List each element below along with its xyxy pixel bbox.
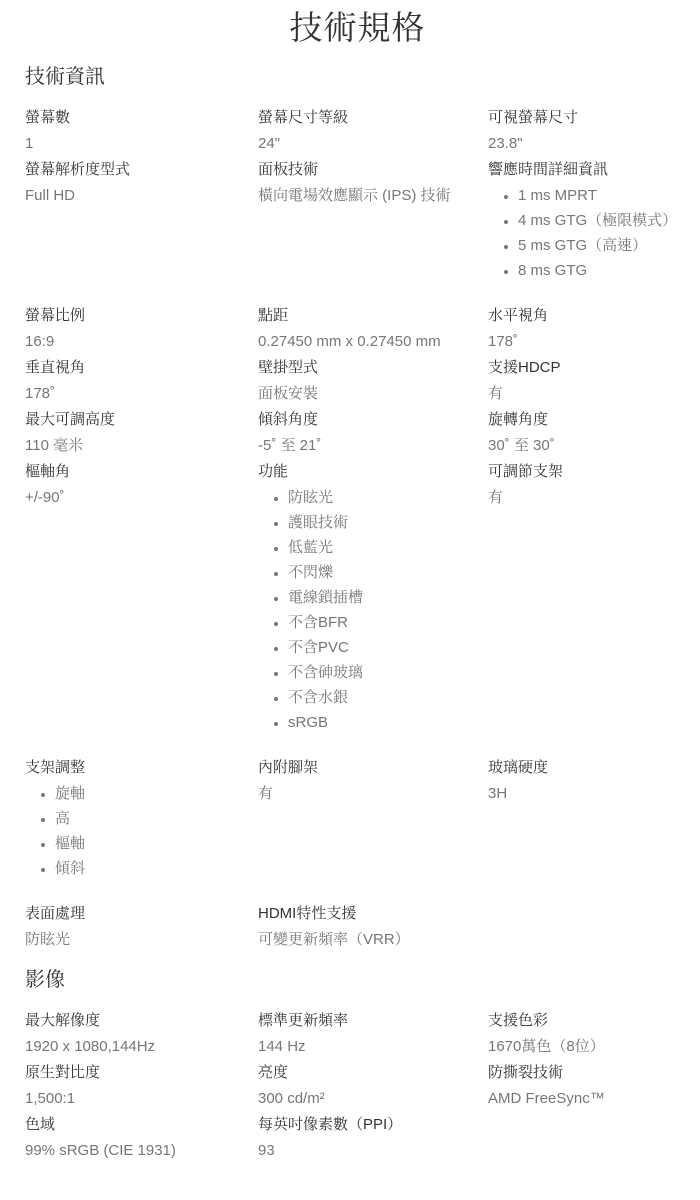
spec-label: 螢幕解析度型式 <box>25 157 244 183</box>
spec-cell: 支架調整旋軸高樞軸傾斜 <box>25 755 258 901</box>
spec-cell: 最大可調高度110 毫米 <box>25 407 258 459</box>
spec-bullet-item: 高 <box>55 806 244 831</box>
spec-value: 可變更新頻率（VRR） <box>258 927 474 953</box>
section-heading: 技術資訊 <box>25 63 690 91</box>
spec-cell: 支援色彩1670萬色（8位） <box>488 1008 690 1060</box>
spec-label: 點距 <box>258 303 474 329</box>
spec-cell: 亮度300 cd/m² <box>258 1060 488 1112</box>
spec-label: 亮度 <box>258 1060 474 1086</box>
spec-label: 響應時間詳細資訊 <box>488 157 690 183</box>
spec-label: 螢幕尺寸等級 <box>258 105 474 131</box>
spec-value: 1 <box>25 131 244 157</box>
spec-value: 3H <box>488 781 690 807</box>
spec-bullet-item: 傾斜 <box>55 856 244 881</box>
spec-bullet-list: 防眩光護眼技術低藍光不閃爍電線鎖插槽不含BFR不含PVC不含砷玻璃不含水銀sRG… <box>258 485 474 735</box>
spec-value: 30˚ 至 30˚ <box>488 433 690 459</box>
spec-label: 功能 <box>258 459 474 485</box>
spec-page: 技術規格 技術資訊螢幕數1螢幕尺寸等級24"可視螢幕尺寸23.8"螢幕解析度型式… <box>0 0 700 1194</box>
spec-cell: 可視螢幕尺寸23.8" <box>488 105 690 157</box>
spec-row: 最大解像度1920 x 1080,144Hz標準更新頻率144 Hz支援色彩16… <box>25 1008 690 1060</box>
spec-cell: 色域99% sRGB (CIE 1931) <box>25 1112 258 1164</box>
spec-cell: 功能防眩光護眼技術低藍光不閃爍電線鎖插槽不含BFR不含PVC不含砷玻璃不含水銀s… <box>258 459 488 755</box>
spec-cell: 螢幕比例16:9 <box>25 303 258 355</box>
spec-value: 16:9 <box>25 329 244 355</box>
spec-label: 最大可調高度 <box>25 407 244 433</box>
spec-cell: 每英吋像素數（PPI）93 <box>258 1112 488 1164</box>
spec-value: 有 <box>258 781 474 807</box>
spec-row: 原生對比度1,500:1亮度300 cd/m²防撕裂技術AMD FreeSync… <box>25 1060 690 1112</box>
spec-sections: 技術資訊螢幕數1螢幕尺寸等級24"可視螢幕尺寸23.8"螢幕解析度型式Full … <box>25 63 690 1164</box>
spec-cell: 響應時間詳細資訊1 ms MPRT4 ms GTG（極限模式）5 ms GTG（… <box>488 157 690 303</box>
spec-row: 垂直視角178˚壁掛型式面板安裝支援HDCP有 <box>25 355 690 407</box>
spec-bullet-item: 不含砷玻璃 <box>288 660 474 685</box>
spec-label: 旋轉角度 <box>488 407 690 433</box>
spec-bullet-item: 5 ms GTG（高速） <box>518 233 690 258</box>
spec-row: 支架調整旋軸高樞軸傾斜內附腳架有玻璃硬度3H <box>25 755 690 901</box>
spec-bullet-item: 不含PVC <box>288 635 474 660</box>
spec-cell: 玻璃硬度3H <box>488 755 690 807</box>
spec-cell: 內附腳架有 <box>258 755 488 807</box>
spec-label: 水平視角 <box>488 303 690 329</box>
spec-value: 防眩光 <box>25 927 244 953</box>
spec-row: 螢幕比例16:9點距0.27450 mm x 0.27450 mm水平視角178… <box>25 303 690 355</box>
spec-bullet-item: 旋軸 <box>55 781 244 806</box>
spec-value: 144 Hz <box>258 1034 474 1060</box>
spec-cell: 支援HDCP有 <box>488 355 690 407</box>
spec-value: 有 <box>488 381 690 407</box>
spec-label: 最大解像度 <box>25 1008 244 1034</box>
spec-label: 樞軸角 <box>25 459 244 485</box>
section-heading: 影像 <box>25 966 690 994</box>
page-title: 技術規格 <box>25 6 690 50</box>
spec-value: 99% sRGB (CIE 1931) <box>25 1138 244 1164</box>
spec-cell: 可調節支架有 <box>488 459 690 511</box>
spec-value: 24" <box>258 131 474 157</box>
spec-value: 1670萬色（8位） <box>488 1034 690 1060</box>
spec-bullet-item: 護眼技術 <box>288 510 474 535</box>
spec-label: 色域 <box>25 1112 244 1138</box>
spec-row: 色域99% sRGB (CIE 1931)每英吋像素數（PPI）93 <box>25 1112 690 1164</box>
spec-label: 原生對比度 <box>25 1060 244 1086</box>
spec-cell: 垂直視角178˚ <box>25 355 258 407</box>
spec-row: 表面處理防眩光HDMI特性支援可變更新頻率（VRR） <box>25 901 690 953</box>
spec-cell: 原生對比度1,500:1 <box>25 1060 258 1112</box>
spec-value: 面板安裝 <box>258 381 474 407</box>
spec-label: 螢幕比例 <box>25 303 244 329</box>
spec-value: 有 <box>488 485 690 511</box>
spec-bullet-item: 不含BFR <box>288 610 474 635</box>
spec-label: 支架調整 <box>25 755 244 781</box>
spec-cell: 樞軸角+/-90˚ <box>25 459 258 511</box>
spec-label: 可視螢幕尺寸 <box>488 105 690 131</box>
spec-bullet-item: 不含水銀 <box>288 685 474 710</box>
spec-value: 1,500:1 <box>25 1086 244 1112</box>
spec-value: 93 <box>258 1138 474 1164</box>
spec-cell: 螢幕尺寸等級24" <box>258 105 488 157</box>
spec-cell: 防撕裂技術AMD FreeSync™ <box>488 1060 690 1112</box>
spec-cell: HDMI特性支援可變更新頻率（VRR） <box>258 901 488 953</box>
spec-value: Full HD <box>25 183 244 209</box>
spec-label: 面板技術 <box>258 157 474 183</box>
spec-row: 最大可調高度110 毫米傾斜角度-5˚ 至 21˚旋轉角度30˚ 至 30˚ <box>25 407 690 459</box>
spec-value: 橫向電場效應顯示 (IPS) 技術 <box>258 183 474 209</box>
spec-bullet-item: 防眩光 <box>288 485 474 510</box>
spec-cell: 最大解像度1920 x 1080,144Hz <box>25 1008 258 1060</box>
spec-cell: 面板技術橫向電場效應顯示 (IPS) 技術 <box>258 157 488 209</box>
spec-value: AMD FreeSync™ <box>488 1086 690 1112</box>
spec-label: 標準更新頻率 <box>258 1008 474 1034</box>
spec-bullet-item: 4 ms GTG（極限模式） <box>518 208 690 233</box>
spec-cell: 標準更新頻率144 Hz <box>258 1008 488 1060</box>
spec-bullet-item: sRGB <box>288 710 474 735</box>
spec-label: 支援色彩 <box>488 1008 690 1034</box>
spec-row: 樞軸角+/-90˚功能防眩光護眼技術低藍光不閃爍電線鎖插槽不含BFR不含PVC不… <box>25 459 690 755</box>
spec-label: 防撕裂技術 <box>488 1060 690 1086</box>
spec-label: 壁掛型式 <box>258 355 474 381</box>
spec-cell: 螢幕數1 <box>25 105 258 157</box>
spec-label: HDMI特性支援 <box>258 901 474 927</box>
spec-label: 傾斜角度 <box>258 407 474 433</box>
spec-bullet-list: 旋軸高樞軸傾斜 <box>25 781 244 881</box>
spec-value: 1920 x 1080,144Hz <box>25 1034 244 1060</box>
spec-cell: 表面處理防眩光 <box>25 901 258 953</box>
spec-label: 表面處理 <box>25 901 244 927</box>
spec-value: 300 cd/m² <box>258 1086 474 1112</box>
spec-bullet-list: 1 ms MPRT4 ms GTG（極限模式）5 ms GTG（高速）8 ms … <box>488 183 690 283</box>
spec-row: 螢幕數1螢幕尺寸等級24"可視螢幕尺寸23.8" <box>25 105 690 157</box>
spec-bullet-item: 不閃爍 <box>288 560 474 585</box>
spec-cell: 傾斜角度-5˚ 至 21˚ <box>258 407 488 459</box>
spec-label: 可調節支架 <box>488 459 690 485</box>
spec-bullet-item: 低藍光 <box>288 535 474 560</box>
spec-cell: 水平視角178˚ <box>488 303 690 355</box>
spec-bullet-item: 電線鎖插槽 <box>288 585 474 610</box>
spec-value: 178˚ <box>488 329 690 355</box>
spec-bullet-item: 8 ms GTG <box>518 258 690 283</box>
spec-value: +/-90˚ <box>25 485 244 511</box>
spec-cell: 旋轉角度30˚ 至 30˚ <box>488 407 690 459</box>
spec-value: 178˚ <box>25 381 244 407</box>
spec-value: 0.27450 mm x 0.27450 mm <box>258 329 474 355</box>
spec-bullet-item: 樞軸 <box>55 831 244 856</box>
spec-label: 垂直視角 <box>25 355 244 381</box>
spec-value: -5˚ 至 21˚ <box>258 433 474 459</box>
spec-label: 支援HDCP <box>488 355 690 381</box>
spec-value: 110 毫米 <box>25 433 244 459</box>
spec-label: 內附腳架 <box>258 755 474 781</box>
spec-bullet-item: 1 ms MPRT <box>518 183 690 208</box>
spec-label: 每英吋像素數（PPI） <box>258 1112 474 1138</box>
spec-cell: 螢幕解析度型式Full HD <box>25 157 258 209</box>
spec-label: 螢幕數 <box>25 105 244 131</box>
spec-value: 23.8" <box>488 131 690 157</box>
spec-label: 玻璃硬度 <box>488 755 690 781</box>
spec-cell: 壁掛型式面板安裝 <box>258 355 488 407</box>
spec-row: 螢幕解析度型式Full HD面板技術橫向電場效應顯示 (IPS) 技術響應時間詳… <box>25 157 690 303</box>
spec-cell: 點距0.27450 mm x 0.27450 mm <box>258 303 488 355</box>
